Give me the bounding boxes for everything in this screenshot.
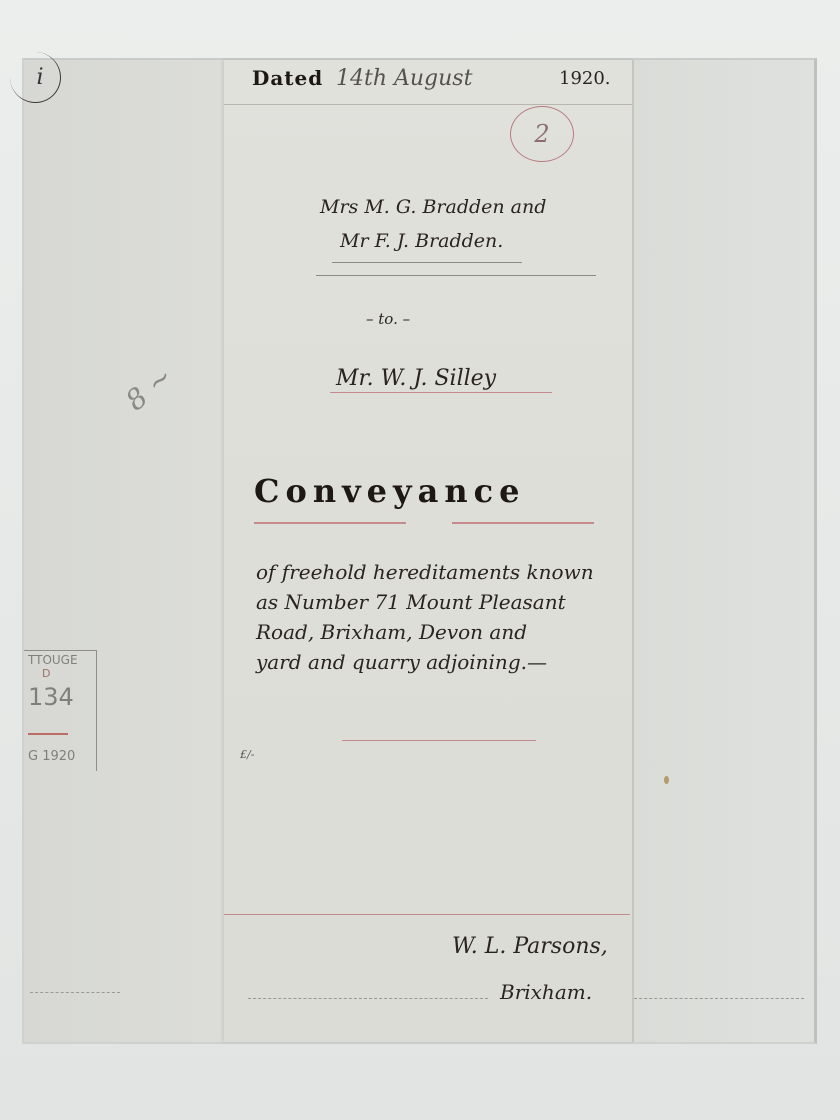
solicitor-town: Brixham. (500, 980, 592, 1004)
stamp-date: G 1920 (28, 749, 75, 764)
fold-dotted-line (248, 998, 488, 999)
framed-document: i 8 ~ TTOUGE D 134 G 1920 Dated 14th Aug… (22, 58, 817, 1044)
pencil-annotation: 8 ~ (119, 360, 179, 418)
stamp-red-mark (28, 733, 68, 735)
folio-number: 2 (534, 120, 549, 148)
grantor-rule-2 (332, 262, 522, 263)
fold-dotted-line (634, 998, 804, 999)
marginal-note: £/- (240, 748, 254, 761)
footer-rule (224, 914, 630, 915)
year-text: 1920. (559, 68, 611, 89)
paper-stain (664, 776, 669, 784)
date-header: Dated 14th August 1920. (224, 60, 632, 105)
stamp-line1: TTOUGE (28, 653, 78, 667)
registry-stamp: TTOUGE D 134 G 1920 (24, 650, 97, 771)
description-line: Road, Brixham, Devon and (256, 620, 594, 650)
title-rule-left (254, 522, 406, 524)
right-fold-panel (634, 60, 814, 1042)
title-rule-right (452, 522, 594, 524)
grantor-line-1: Mrs M. G. Bradden and (320, 196, 546, 218)
deed-cover-panel: Dated 14th August 1920. 2 Mrs M. G. Brad… (224, 60, 634, 1042)
to-label: – to. – (366, 310, 410, 328)
date-text: 14th August (336, 66, 472, 91)
left-fold-panel: i 8 ~ TTOUGE D 134 G 1920 (24, 60, 225, 1042)
stamp-line2: D (42, 667, 50, 680)
description-line: yard and quarry adjoining.— (256, 650, 594, 680)
grantee-rule (330, 392, 552, 393)
document-title: Conveyance (254, 472, 525, 510)
solicitor-name: W. L. Parsons, (452, 934, 608, 959)
property-description: of freehold hereditaments known as Numbe… (256, 560, 594, 680)
fold-dotted-line (30, 992, 120, 993)
grantee-name: Mr. W. J. Silley (336, 366, 496, 391)
dated-label: Dated (252, 66, 323, 90)
grantor-line-2: Mr F. J. Bradden. (340, 230, 503, 252)
stamp-number: 134 (28, 683, 74, 711)
description-line: of freehold hereditaments known (256, 560, 594, 590)
page-number: i (36, 65, 43, 90)
closing-rule (342, 740, 536, 741)
description-line: as Number 71 Mount Pleasant (256, 590, 594, 620)
folio-number-circle: 2 (510, 106, 574, 162)
grantor-rule-1 (316, 275, 596, 276)
page-number-circle: i (10, 52, 61, 103)
